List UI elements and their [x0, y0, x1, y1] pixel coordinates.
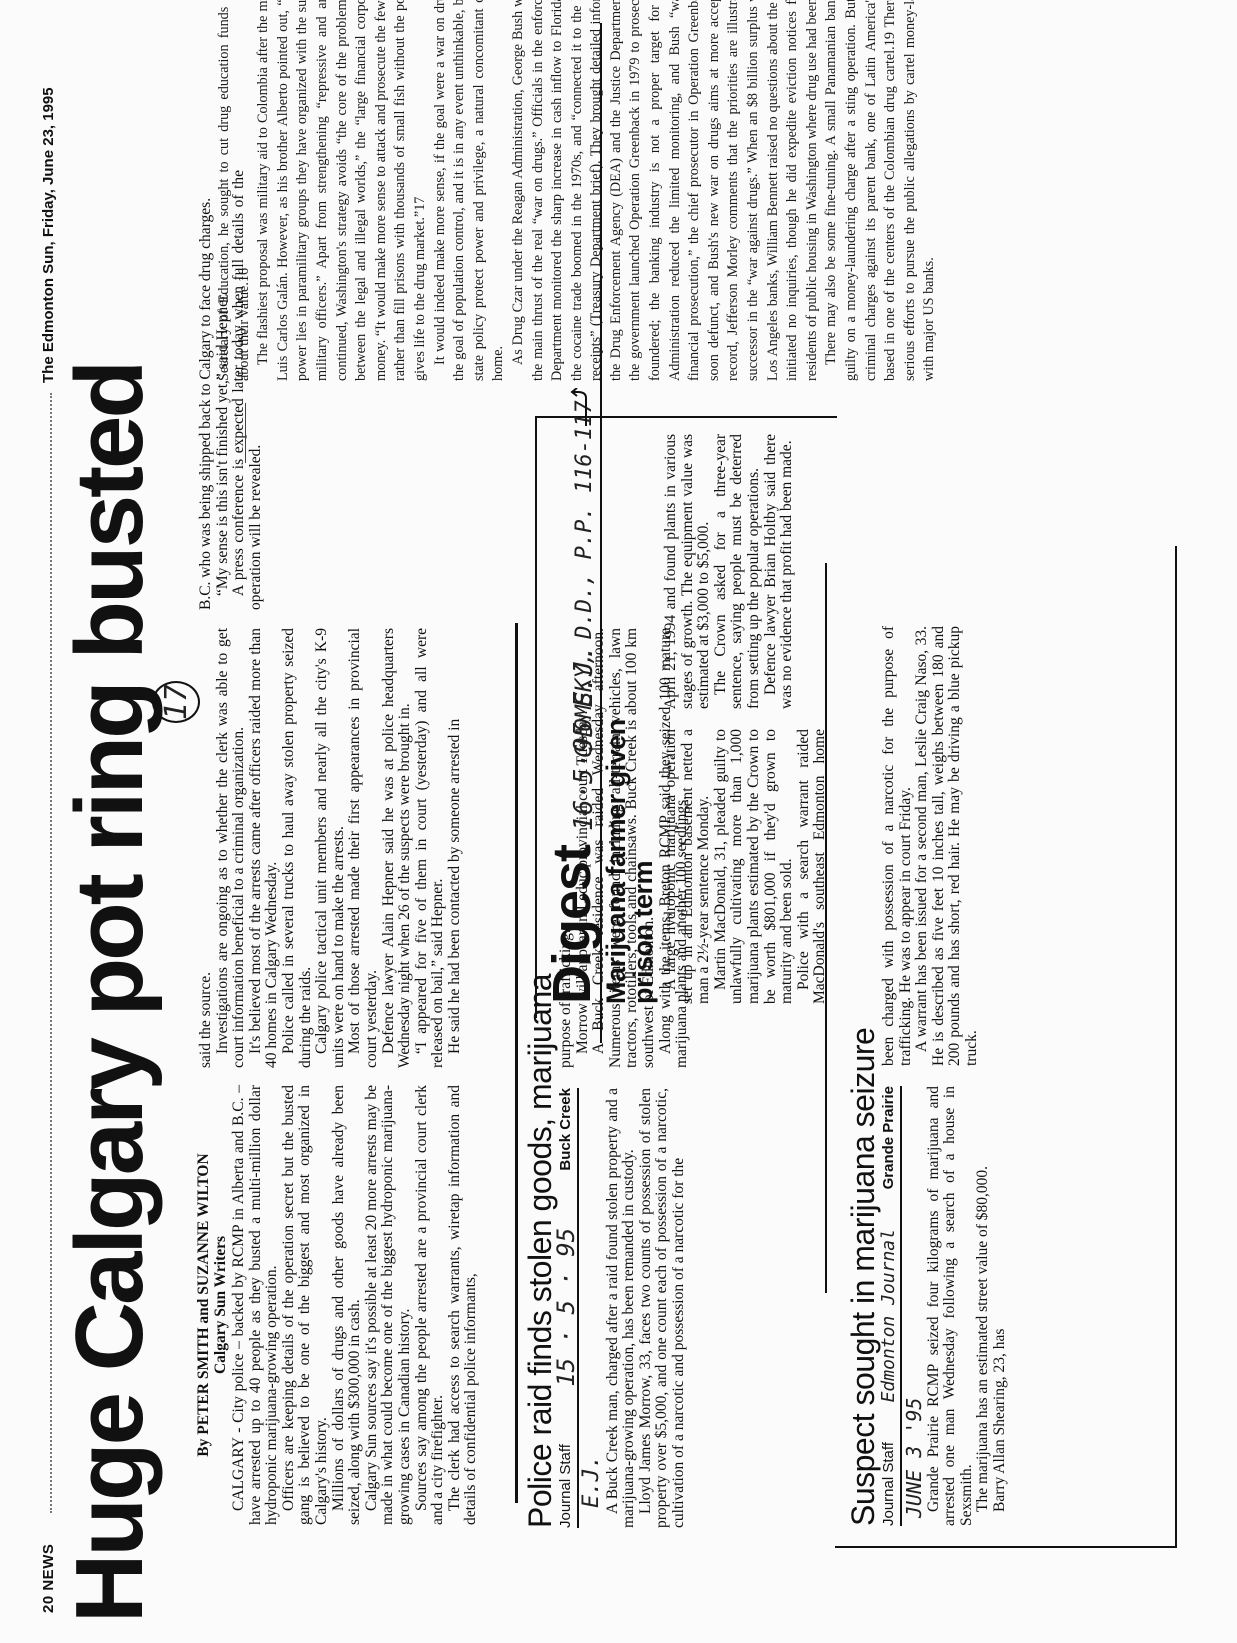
police-raid-column-1: Journal Staff 15 · 5 · 95 Buck Creek E.J… — [558, 1088, 691, 1528]
dateline: Buck Creek — [558, 1088, 575, 1171]
annotation-circled-number: 17 — [152, 681, 200, 723]
suspect-staffline: Journal Staff Edmonton Journal Grande Pr… — [881, 1086, 902, 1526]
suspect-column-2: been charged with possession of a narcot… — [881, 626, 1009, 1066]
folio-rule — [50, 393, 52, 1513]
book-excerpt: Secretary of Education, he sought to cut… — [215, 0, 940, 381]
digest-label: Digest — [545, 845, 599, 1004]
handwritten-source: Edmonton Journal — [881, 1229, 898, 1402]
story-suspect-box: Suspect sought in marijuana seizure Jour… — [835, 546, 1177, 1548]
byline: By PETER SMITH and SUZANNE WILTON — [195, 1085, 212, 1525]
digest-headline: Marijuana farmer given prison term — [603, 704, 657, 1004]
arrow-annotation-icon — [570, 388, 592, 428]
main-story-column-1: By PETER SMITH and SUZANNE WILTON Calgar… — [195, 1085, 480, 1525]
story-end-rule — [245, 403, 246, 463]
handwritten-citation: CHOMSKY, D.D., P.P. 116-117 — [572, 400, 597, 758]
newspaper-clipping-page: 20 NEWS The Edmonton Sun, Friday, June 2… — [0, 0, 1237, 1643]
story-suspect: Suspect sought in marijuana seizure Jour… — [835, 546, 1019, 1546]
handwritten-date: 15 · 5 · 95 — [558, 1228, 575, 1387]
police-raid-staffline: Journal Staff 15 · 5 · 95 Buck Creek — [558, 1088, 579, 1528]
main-headline: Huge Calgary pot ring busted — [60, 363, 160, 1623]
arrow-annotation-icon — [570, 388, 592, 428]
staff-credit: Journal Staff — [558, 1444, 575, 1528]
staff-credit: Journal Staff — [881, 1442, 898, 1526]
byline-role: Calgary Sun Writers — [212, 1085, 229, 1525]
main-story-column-2: said the source. Investigations are ongo… — [198, 628, 464, 1068]
suspect-headline: Suspect sought in marijuana seizure — [845, 566, 881, 1526]
section-divider — [515, 623, 518, 1503]
suspect-column-1: Journal Staff Edmonton Journal Grande Pr… — [881, 1086, 1009, 1526]
page-folio-right: The Edmonton Sun, Friday, June 23, 1995 — [40, 87, 57, 383]
page-folio-left: 20 NEWS — [40, 1544, 57, 1613]
handwritten-source: E.J. — [579, 1088, 605, 1528]
dateline: Grande Prairie — [881, 1086, 898, 1189]
digest-body: A large hydroponic marijuana operation s… — [663, 434, 838, 1004]
handwritten-date: JUNE 3 '95 — [902, 1086, 926, 1526]
